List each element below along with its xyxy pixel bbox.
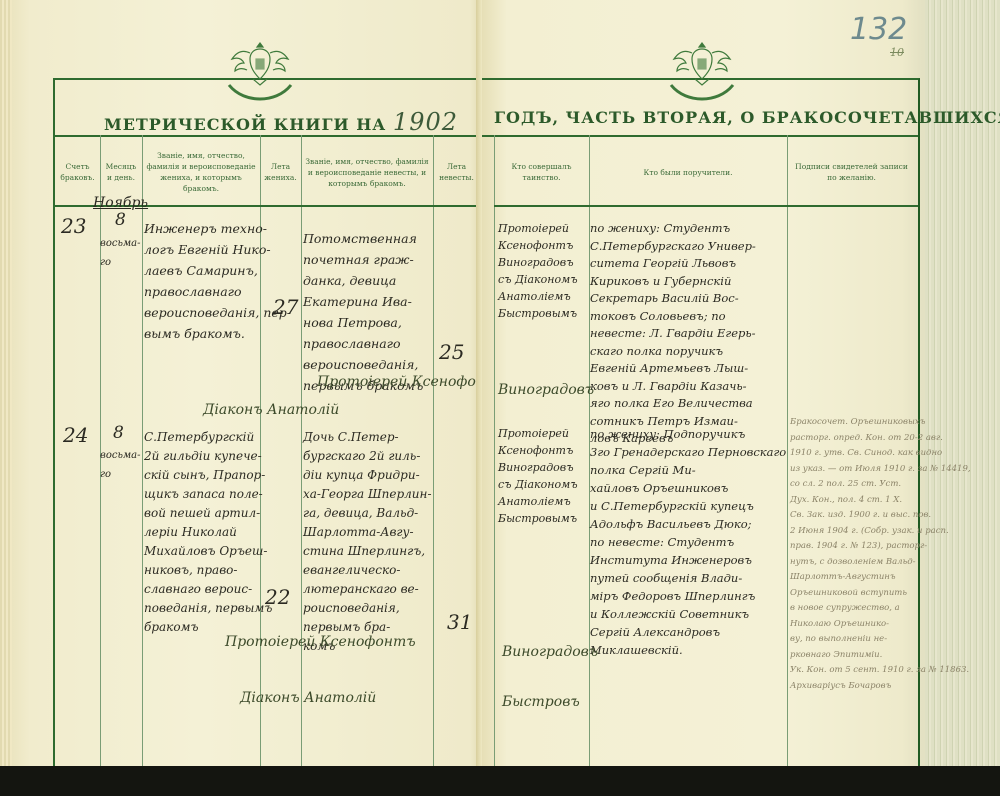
column-divider [142,135,143,770]
title-left-text: МЕТРИЧЕСКОЙ КНИГИ НА 1902 [104,108,458,136]
signature-deacon: Дiаконъ Анатолiй [240,688,376,709]
sureties-details: по жениху: Подпоручикъ 3го Гренадерскаго… [590,425,786,659]
bride-age: 31 [447,610,472,634]
left-table-frame: МЕТРИЧЕСКОЙ КНИГИ НА 1902 Счетъ браковъ.… [53,78,480,770]
sureties-details: по жениху: Студентъ С.Петербургскаго Уни… [590,220,756,448]
right-table-frame: ГОДЪ, ЧАСТЬ ВТОРАЯ, О БРАКОСОЧЕТАВШИХСЯ.… [482,78,920,770]
header-sureties: Кто были поручители. [589,138,787,206]
record-day-words: восьма- го [100,446,141,484]
groom-age: 22 [265,585,290,609]
page-number: 132 [850,12,907,47]
bride-details: Потомственная почетная граж- данка, деви… [303,228,423,396]
title-band-left: МЕТРИЧЕСКОЙ КНИГИ НА 1902 [55,80,480,137]
officiant-details: Протоiерей Ксенофонтъ Виноградовъ съ Дiа… [498,220,578,322]
page-edges-left [0,0,12,770]
record-day-words: восьма- го [100,234,141,272]
divorce-annotation: Бракосочет. Оръешниковыхъ расторг. опред… [790,415,971,694]
record-day: 8 [113,423,124,443]
signature-officiant: Виноградовъ [498,380,594,401]
header-bride-details: Званiе, имя, отчество, фамилiя и вероисп… [301,138,433,206]
title-year: 1902 [393,108,458,136]
bride-age: 25 [439,340,464,364]
title-right-text: ГОДЪ, ЧАСТЬ ВТОРАЯ, О БРАКОСОЧЕТАВШИХСЯ. [494,108,1000,127]
header-officiant: Кто совершалъ таинство. [494,138,589,206]
column-divider [494,135,495,770]
column-divider [787,135,788,770]
signature-priest: Протоiерей Ксенофонтъ [225,632,416,653]
record-number: 24 [63,423,88,447]
column-divider [301,135,302,770]
signature-officiant: Виноградовъ [502,642,598,663]
double-headed-eagle-emblem-icon [667,35,737,105]
groom-details: Инженеръ техно- логъ Евгенiй Нико- лаевъ… [144,218,291,344]
title-band-right: ГОДЪ, ЧАСТЬ ВТОРАЯ, О БРАКОСОЧЕТАВШИХСЯ. [482,80,918,137]
header-groom-age: Лета жениха. [260,138,301,206]
officiant-details: Протоiерей Ксенофонтъ Виноградовъ съ Дiа… [498,425,578,527]
signature-deacon-surname: Быстровъ [502,692,580,713]
header-witness-signatures: Подписи свидетелей записи по желанiю. [787,138,916,206]
groom-age: 27 [273,295,298,319]
header-groom-details: Званiе, имя, отчество, фамилiя и вероисп… [142,138,260,206]
old-page-number: 10 [890,46,904,59]
groom-details: С.Петербургскiй 2й гильдiи купече- скiй … [144,428,272,637]
table-surface-shadow [0,766,1000,796]
header-bride-age: Лета невесты. [433,138,480,206]
left-page: МЕТРИЧЕСКОЙ КНИГИ НА 1902 Счетъ браковъ.… [0,0,482,770]
bride-details: Дочь С.Петер- бургскаго 2й гиль- дiи куп… [303,428,432,656]
header-rule [494,205,918,207]
signature-deacon: Дiаконъ Анатолiй [203,400,339,421]
open-register-book: МЕТРИЧЕСКОЙ КНИГИ НА 1902 Счетъ браковъ.… [0,0,1000,780]
double-headed-eagle-emblem-icon [225,35,295,105]
record-number: 23 [61,214,86,238]
column-divider [433,135,434,770]
record-day: 8 [115,210,126,230]
